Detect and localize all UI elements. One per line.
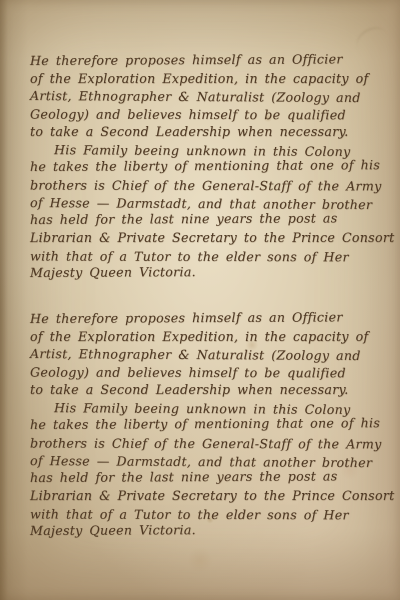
handwritten-line: Artist, Ethnographer & Naturalist (Zoolo… [30,345,382,365]
handwritten-line: brothers is Chief of the General-Staff o… [30,434,382,453]
handwritten-line: Majesty Queen Victoria. [30,521,382,541]
handwritten-line: he takes the liberty of mentioning that … [30,156,382,176]
handwritten-line: He therefore proposes himself as an Offi… [30,308,382,328]
handwritten-line: Majesty Queen Victoria. [30,263,382,283]
handwritten-line: of the Exploration Expedition, in the ca… [30,328,382,346]
handwritten-line: to take a Second Leadership when necessa… [30,123,382,141]
handwritten-line: Geology) and believes himself to be qual… [30,106,382,125]
handwritten-line: of the Exploration Expedition, in the ca… [30,70,382,88]
handwritten-line: has held for the last nine years the pos… [30,209,382,229]
handwritten-line: Artist, Ethnographer & Naturalist (Zoolo… [30,87,382,107]
handwritten-line: He therefore proposes himself as an Offi… [30,50,382,70]
handwritten-line: has held for the last nine years the pos… [30,467,382,487]
handwritten-line: Geology) and believes himself to be qual… [30,364,382,383]
handwritten-line: brothers is Chief of the General-Staff o… [30,176,382,195]
handwritten-line: he takes the liberty of mentioning that … [30,414,382,434]
letter-text-block-2: He therefore proposes himself as an Offi… [30,310,382,540]
parchment-page: He therefore proposes himself as an Offi… [0,0,400,600]
letter-text-block-1: He therefore proposes himself as an Offi… [30,52,382,282]
handwritten-line: Librarian & Private Secretary to the Pri… [30,487,382,505]
handwritten-line: to take a Second Leadership when necessa… [30,381,382,399]
handwritten-line: Librarian & Private Secretary to the Pri… [30,229,382,247]
